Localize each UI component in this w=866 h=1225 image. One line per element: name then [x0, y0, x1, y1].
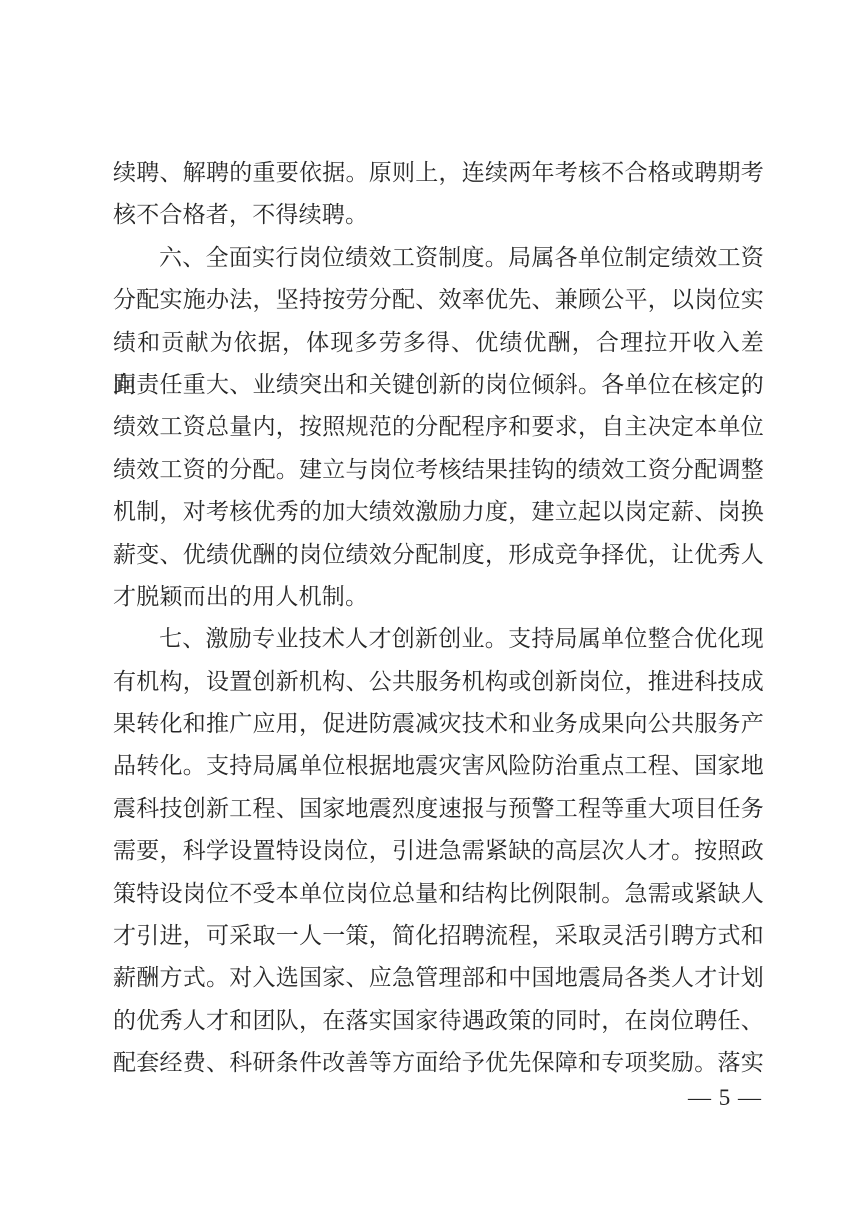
text-line: 品转化。支持局属单位根据地震灾害风险防治重点工程、国家地: [113, 745, 764, 787]
document-body: 续聘、解聘的重要依据。原则上，连续两年考核不合格或聘期考核不合格者，不得续聘。六…: [113, 152, 764, 1085]
text-line: 才脱颖而出的用人机制。: [113, 576, 764, 618]
text-line: 有机构，设置创新机构、公共服务机构或创新岗位，推进科技成: [113, 661, 764, 703]
document-page: 续聘、解聘的重要依据。原则上，连续两年考核不合格或聘期考核不合格者，不得续聘。六…: [0, 0, 866, 1225]
text-line: 续聘、解聘的重要依据。原则上，连续两年考核不合格或聘期考: [113, 152, 764, 194]
text-line: 策特设岗位不受本单位岗位总量和结构比例限制。急需或紧缺人: [113, 873, 764, 915]
text-line: 六、全面实行岗位绩效工资制度。局属各单位制定绩效工资: [113, 237, 764, 279]
text-line: 分配实施办法，坚持按劳分配、效率优先、兼顾公平，以岗位实: [113, 279, 764, 321]
text-line: 薪酬方式。对入选国家、应急管理部和中国地震局各类人才计划: [113, 957, 764, 999]
page-number: — 5 —: [688, 1083, 762, 1113]
text-line: 才引进，可采取一人一策，简化招聘流程，采取灵活引聘方式和: [113, 915, 764, 957]
text-line: 绩和贡献为依据，体现多劳多得、优绩优酬，合理拉开收入差距，: [113, 322, 764, 364]
text-line: 薪变、优绩优酬的岗位绩效分配制度，形成竞争择优，让优秀人: [113, 534, 764, 576]
text-line: 需要，科学设置特设岗位，引进急需紧缺的高层次人才。按照政: [113, 830, 764, 872]
text-line: 果转化和推广应用，促进防震减灾技术和业务成果向公共服务产: [113, 703, 764, 745]
text-line: 绩效工资总量内，按照规范的分配程序和要求，自主决定本单位: [113, 406, 764, 448]
text-line: 的优秀人才和团队，在落实国家待遇政策的同时，在岗位聘任、: [113, 1000, 764, 1042]
text-line: 向责任重大、业绩突出和关键创新的岗位倾斜。各单位在核定的: [113, 364, 764, 406]
text-line: 震科技创新工程、国家地震烈度速报与预警工程等重大项目任务: [113, 788, 764, 830]
text-line: 核不合格者，不得续聘。: [113, 194, 764, 236]
text-line: 绩效工资的分配。建立与岗位考核结果挂钩的绩效工资分配调整: [113, 449, 764, 491]
text-line: 配套经费、科研条件改善等方面给予优先保障和专项奖励。落实: [113, 1042, 764, 1084]
text-line: 七、激励专业技术人才创新创业。支持局属单位整合优化现: [113, 618, 764, 660]
text-line: 机制，对考核优秀的加大绩效激励力度，建立起以岗定薪、岗换: [113, 491, 764, 533]
